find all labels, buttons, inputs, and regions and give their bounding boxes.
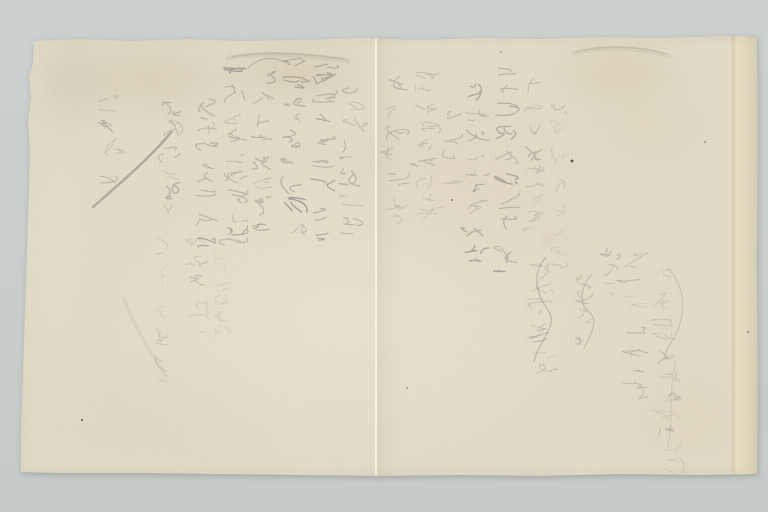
stain-layer [19, 36, 758, 476]
stain-topleft-corner [15, 20, 125, 140]
right-edge-crease [732, 36, 758, 476]
photo-backdrop [0, 0, 768, 512]
stain-center-pale [70, 150, 610, 490]
stain-small-brown-spot [542, 235, 554, 245]
manuscript-paper [19, 36, 758, 476]
stain-left-mid-pale [20, 110, 100, 390]
stain-top-right-halo [560, 70, 730, 180]
stain-top-right [543, 30, 693, 110]
stain-bottom-left-warm [0, 360, 280, 500]
stain-topleft-blob [45, 30, 255, 126]
stain-pink-tint [350, 90, 590, 280]
paper-wrap [0, 0, 768, 512]
stain-top-center [220, 34, 370, 110]
artifact-photograph [0, 0, 768, 512]
